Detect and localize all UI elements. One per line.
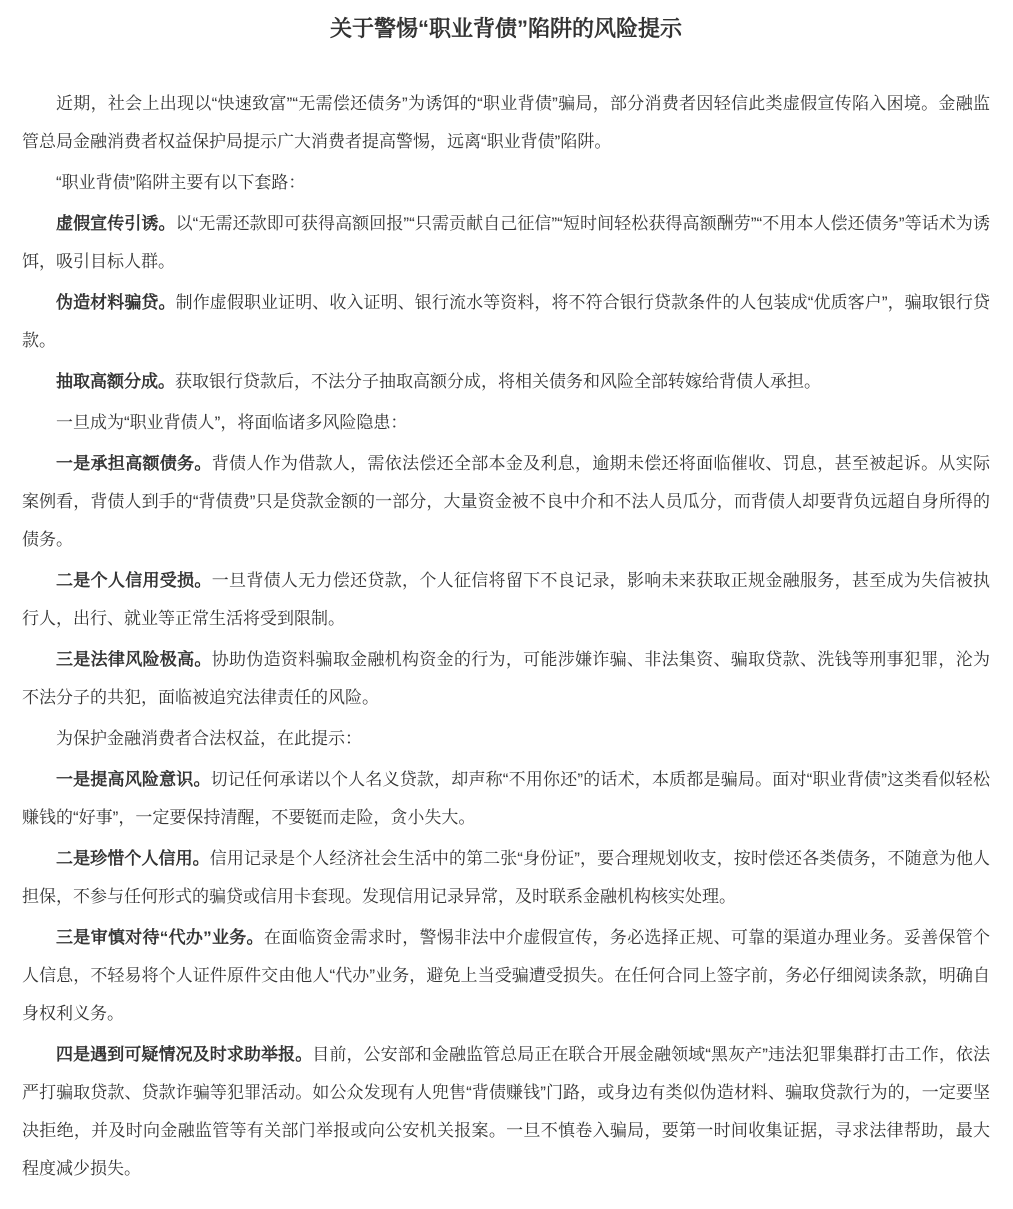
paragraph-lead: 三是法律风险极高。 — [56, 650, 212, 669]
paragraph-advice-agency-caution: 三是审慎对待“代办”业务。在面临资金需求时，警惕非法中介虚假宣传，务必选择正规、… — [22, 919, 990, 1033]
paragraph-risks-heading: 一旦成为“职业背债人”，将面临诸多风险隐患： — [22, 404, 990, 442]
document-title: 关于警惕“职业背债”陷阱的风险提示 — [22, 13, 990, 45]
paragraph-advice-cherish-credit: 二是珍惜个人信用。信用记录是个人经济社会生活中的第二张“身份证”，要合理规划收支… — [22, 840, 990, 916]
paragraph-tactic-high-commission: 抽取高额分成。获取银行贷款后，不法分子抽取高额分成，将相关债务和风险全部转嫁给背… — [22, 363, 990, 401]
paragraph-text: 一旦成为“职业背债人”，将面临诸多风险隐患： — [56, 413, 407, 432]
paragraph-risk-credit-damage: 二是个人信用受损。一旦背债人无力偿还贷款，个人征信将留下不良记录，影响未来获取正… — [22, 562, 990, 638]
paragraph-text: 目前，公安部和金融监管总局正在联合开展金融领域“黑灰产”违法犯罪集群打击工作，依… — [22, 1045, 990, 1178]
paragraph-lead: 二是珍惜个人信用。 — [56, 849, 210, 868]
paragraph-tactic-forged-materials: 伪造材料骗贷。制作虚假职业证明、收入证明、银行流水等资料，将不符合银行贷款条件的… — [22, 284, 990, 360]
paragraph-text: “职业背债”陷阱主要有以下套路： — [56, 173, 305, 192]
paragraph-lead: 抽取高额分成。 — [56, 372, 175, 391]
paragraph-advice-heading: 为保护金融消费者合法权益，在此提示： — [22, 720, 990, 758]
paragraph-tactic-false-advertising: 虚假宣传引诱。以“无需还款即可获得高额回报”“只需贡献自己征信”“短时间轻松获得… — [22, 205, 990, 281]
document-page: 关于警惕“职业背债”陷阱的风险提示 近期，社会上出现以“快速致富”“无需偿还债务… — [0, 0, 1013, 1209]
paragraph-text: 近期，社会上出现以“快速致富”“无需偿还债务”为诱饵的“职业背债”骗局，部分消费… — [22, 94, 990, 151]
paragraph-lead: 二是个人信用受损。 — [56, 571, 212, 590]
paragraph-risk-high-debt: 一是承担高额债务。背债人作为借款人，需依法偿还全部本金及利息，逾期未偿还将面临催… — [22, 445, 990, 559]
paragraph-risk-legal: 三是法律风险极高。协助伪造资料骗取金融机构资金的行为，可能涉嫌诈骗、非法集资、骗… — [22, 641, 990, 717]
paragraph-advice-report: 四是遇到可疑情况及时求助举报。目前，公安部和金融监管总局正在联合开展金融领域“黑… — [22, 1036, 990, 1188]
paragraph-intro: 近期，社会上出现以“快速致富”“无需偿还债务”为诱饵的“职业背债”骗局，部分消费… — [22, 85, 990, 161]
paragraph-lead: 四是遇到可疑情况及时求助举报。 — [56, 1045, 312, 1064]
paragraph-text: 为保护金融消费者合法权益，在此提示： — [56, 729, 362, 748]
paragraph-lead: 伪造材料骗贷。 — [56, 293, 176, 312]
document-body: 近期，社会上出现以“快速致富”“无需偿还债务”为诱饵的“职业背债”骗局，部分消费… — [22, 85, 990, 1188]
paragraph-lead: 一是提高风险意识。 — [56, 770, 211, 789]
paragraph-lead: 三是审慎对待“代办”业务。 — [56, 928, 264, 947]
paragraph-lead: 虚假宣传引诱。 — [56, 214, 176, 233]
paragraph-text: 获取银行贷款后，不法分子抽取高额分成，将相关债务和风险全部转嫁给背债人承担。 — [175, 372, 821, 391]
paragraph-tactics-heading: “职业背债”陷阱主要有以下套路： — [22, 164, 990, 202]
paragraph-advice-risk-awareness: 一是提高风险意识。切记任何承诺以个人名义贷款，却声称“不用你还”的话术，本质都是… — [22, 761, 990, 837]
paragraph-lead: 一是承担高额债务。 — [56, 454, 212, 473]
